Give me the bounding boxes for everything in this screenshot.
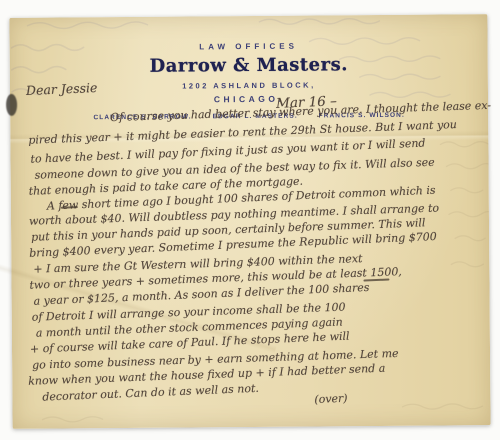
letter-body: Of course you had better stay where you … (9, 14, 490, 429)
page-note: (over) (314, 392, 348, 406)
letter-paper: LAW OFFICES Darrow & Masters. 1202 ASHLA… (9, 14, 490, 429)
scanned-letter: LAW OFFICES Darrow & Masters. 1202 ASHLA… (0, 0, 500, 440)
